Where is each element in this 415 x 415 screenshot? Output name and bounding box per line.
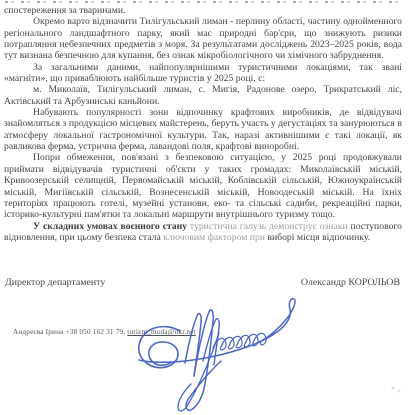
- text-segment: спостереження за тваринами.: [4, 5, 125, 16]
- paragraph: спостереження за тваринами.: [4, 5, 402, 16]
- text-segment: виборі місця відпочинку.: [267, 232, 370, 243]
- footer-contact-line: Андреєва Ірина +38 050 162 31 79, turizm…: [13, 328, 402, 336]
- text-segment: Окремо варто відзначити Тилігульський ли…: [4, 16, 402, 61]
- paragraph: Окремо варто відзначити Тилігульський ли…: [4, 16, 402, 61]
- text-segment: ключовим фактором при: [163, 232, 267, 243]
- text-segment: Попри обмеження, пов'язані з безпековою …: [4, 152, 402, 220]
- text-segment: Набувають популярності зони відпочинку к…: [4, 107, 402, 152]
- paragraph: м. Миколаїв, Тилігульський лиман, с. Миг…: [4, 84, 402, 107]
- paragraph: Попри обмеження, пов'язані з безпековою …: [4, 152, 402, 220]
- text-segment: У складних умовах воєнного стану: [33, 221, 190, 232]
- paragraph: Набувають популярності зони відпочинку к…: [4, 107, 402, 152]
- text-segment: За загальними даними, найпопулярнішими т…: [4, 62, 402, 84]
- document-body: спостереження за тваринами.Окремо варто …: [4, 5, 402, 243]
- paragraph: За загальними даними, найпопулярнішими т…: [4, 62, 402, 85]
- text-segment: м. Миколаїв, Тилігульський лиман, с. Миг…: [4, 84, 402, 106]
- paragraph: У складних умовах воєнного стану туристи…: [4, 221, 402, 244]
- scanned-letter-page: спостереження за тваринами.Окремо варто …: [0, 0, 415, 415]
- scan-speck-artifact: [390, 386, 402, 394]
- contact-person-phone: Андреєва Ірина +38 050 162 31 79,: [13, 328, 127, 336]
- text-segment: туристична галузь демонструє ознаки: [190, 221, 351, 232]
- signatory-title: Директор департаменту: [5, 277, 105, 288]
- contact-email: turizm_moda@ukr.net: [127, 328, 196, 336]
- signature-row: Директор департаменту Олександр КОРОЛЬОВ: [5, 277, 400, 288]
- clipped-line-artifact: [5, 1, 399, 3]
- signatory-name: Олександр КОРОЛЬОВ: [301, 277, 400, 288]
